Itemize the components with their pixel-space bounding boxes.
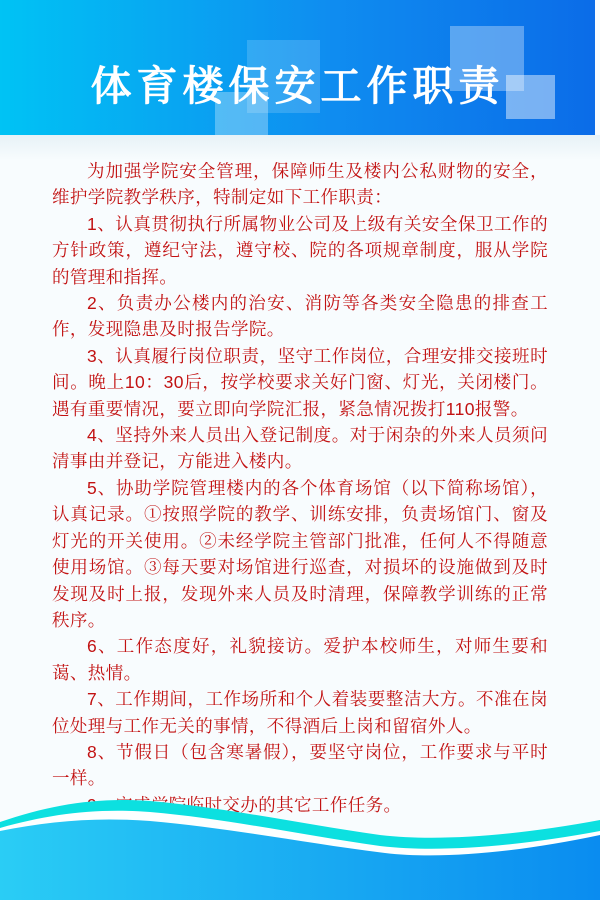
duties-text-block: 为加强学院安全管理，保障师生及楼内公私财物的安全，维护学院教学秩序，特制定如下工… [52, 158, 548, 818]
duty-item-8: 8、节假日（包含寒暑假），要坚守岗位，工作要求与平时一样。 [52, 739, 548, 792]
duty-item-3: 3、认真履行岗位职责，坚守工作岗位，合理安排交接班时间。晚上10：30后，按学校… [52, 343, 548, 422]
duty-item-7: 7、工作期间，工作场所和个人着装要整洁大方。不准在岗位处理与工作无关的事情，不得… [52, 686, 548, 739]
poster-title: 体育楼保安工作职责 [0, 66, 595, 107]
intro-paragraph: 为加强学院安全管理，保障师生及楼内公私财物的安全，维护学院教学秩序，特制定如下工… [52, 158, 548, 211]
security-duties-poster: 体育楼保安工作职责 为加强学院安全管理，保障师生及楼内公私财物的安全，维护学院教… [0, 0, 600, 900]
duty-item-1: 1、认真贯彻执行所属物业公司及上级有关安全保卫工作的方针政策，遵纪守法，遵守校、… [52, 211, 548, 290]
duty-item-6: 6、工作态度好，礼貌接访。爱护本校师生，对师生要和蔼、热情。 [52, 633, 548, 686]
duty-item-2: 2、负责办公楼内的治安、消防等各类安全隐患的排查工作，发现隐患及时报告学院。 [52, 290, 548, 343]
footer-wave-decoration [0, 790, 600, 900]
duty-item-4: 4、坚持外来人员出入登记制度。对于闲杂的外来人员须问清事由并登记，方能进入楼内。 [52, 422, 548, 475]
duty-item-5: 5、协助学院管理楼内的各个体育场馆（以下简称场馆），认真记录。①按照学院的教学、… [52, 475, 548, 633]
header-banner: 体育楼保安工作职责 [0, 0, 595, 135]
